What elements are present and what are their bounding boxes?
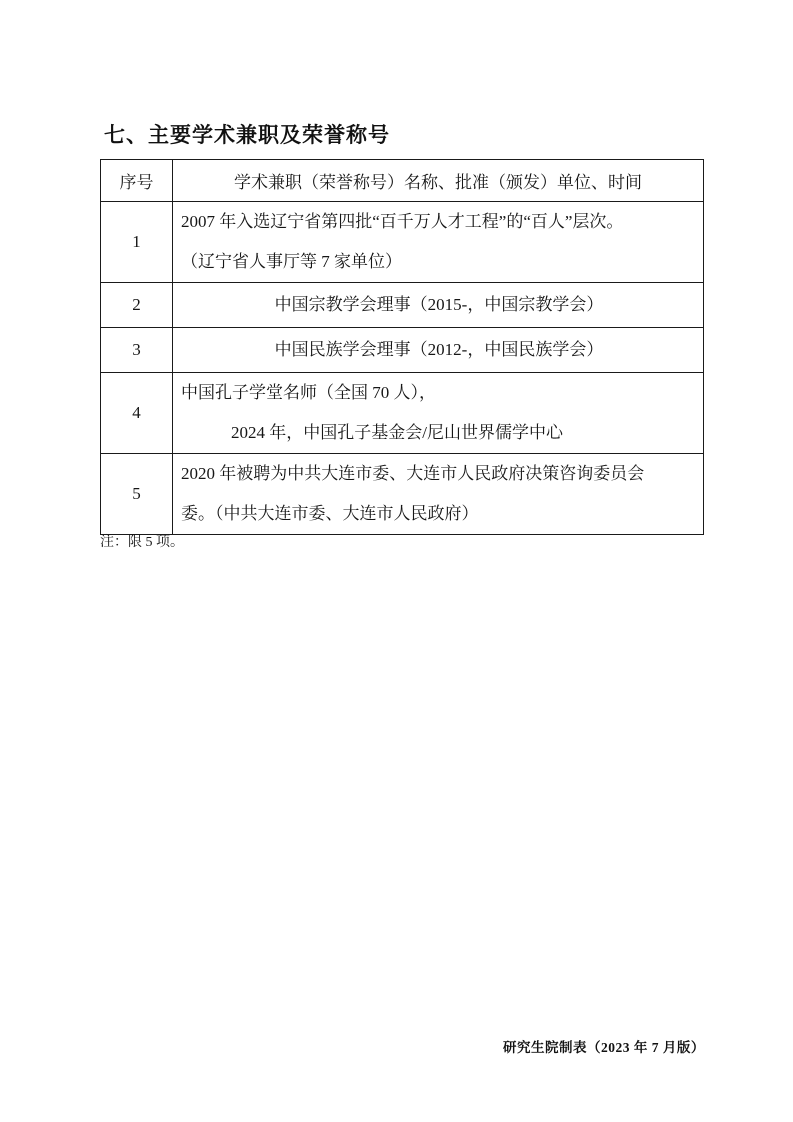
honors-table: 序号 学术兼职（荣誉称号）名称、批准（颁发）单位、时间 1 2007 年入选辽宁… (100, 159, 704, 535)
row-description: 中国宗教学会理事（2015-，中国宗教学会） (173, 283, 704, 328)
row-description: 2007 年入选辽宁省第四批“百千万人才工程”的“百人”层次。 （辽宁省人事厅等… (173, 202, 704, 283)
row-serial: 3 (101, 328, 173, 373)
page-footer: 研究生院制表（2023 年 7 月版） (503, 1036, 705, 1056)
table-row: 4 中国孔子学堂名师（全国 70 人）， 2024 年，中国孔子基金会/尼山世界… (101, 373, 704, 454)
description-line: 2020 年被聘为中共大连市委、大连市人民政府决策咨询委员会 (181, 454, 697, 494)
row-description: 中国孔子学堂名师（全国 70 人）， 2024 年，中国孔子基金会/尼山世界儒学… (173, 373, 704, 454)
row-description: 中国民族学会理事（2012-，中国民族学会） (173, 328, 704, 373)
column-header-serial: 序号 (101, 160, 173, 202)
description-line: 委。（中共大连市委、大连市人民政府） (181, 494, 697, 534)
table-note: 注：限 5 项。 (100, 531, 184, 551)
row-description: 2020 年被聘为中共大连市委、大连市人民政府决策咨询委员会 委。（中共大连市委… (173, 454, 704, 535)
description-line: 中国孔子学堂名师（全国 70 人）， (181, 373, 697, 413)
document-page: 七、主要学术兼职及荣誉称号 序号 学术兼职（荣誉称号）名称、批准（颁发）单位、时… (0, 0, 793, 1122)
description-line: 中国民族学会理事（2012-，中国民族学会） (181, 330, 697, 370)
description-line: 中国宗教学会理事（2015-，中国宗教学会） (181, 285, 697, 325)
table-header-row: 序号 学术兼职（荣誉称号）名称、批准（颁发）单位、时间 (101, 160, 704, 202)
table-row: 5 2020 年被聘为中共大连市委、大连市人民政府决策咨询委员会 委。（中共大连… (101, 454, 704, 535)
row-serial: 5 (101, 454, 173, 535)
table-row: 2 中国宗教学会理事（2015-，中国宗教学会） (101, 283, 704, 328)
section-heading: 七、主要学术兼职及荣誉称号 (104, 119, 390, 149)
table-row: 1 2007 年入选辽宁省第四批“百千万人才工程”的“百人”层次。 （辽宁省人事… (101, 202, 704, 283)
description-line: 2007 年入选辽宁省第四批“百千万人才工程”的“百人”层次。 (181, 202, 697, 242)
table-row: 3 中国民族学会理事（2012-，中国民族学会） (101, 328, 704, 373)
row-serial: 1 (101, 202, 173, 283)
row-serial: 2 (101, 283, 173, 328)
row-serial: 4 (101, 373, 173, 454)
column-header-description: 学术兼职（荣誉称号）名称、批准（颁发）单位、时间 (173, 160, 704, 202)
description-line: 2024 年，中国孔子基金会/尼山世界儒学中心 (181, 413, 697, 453)
description-line: （辽宁省人事厅等 7 家单位） (181, 242, 697, 282)
